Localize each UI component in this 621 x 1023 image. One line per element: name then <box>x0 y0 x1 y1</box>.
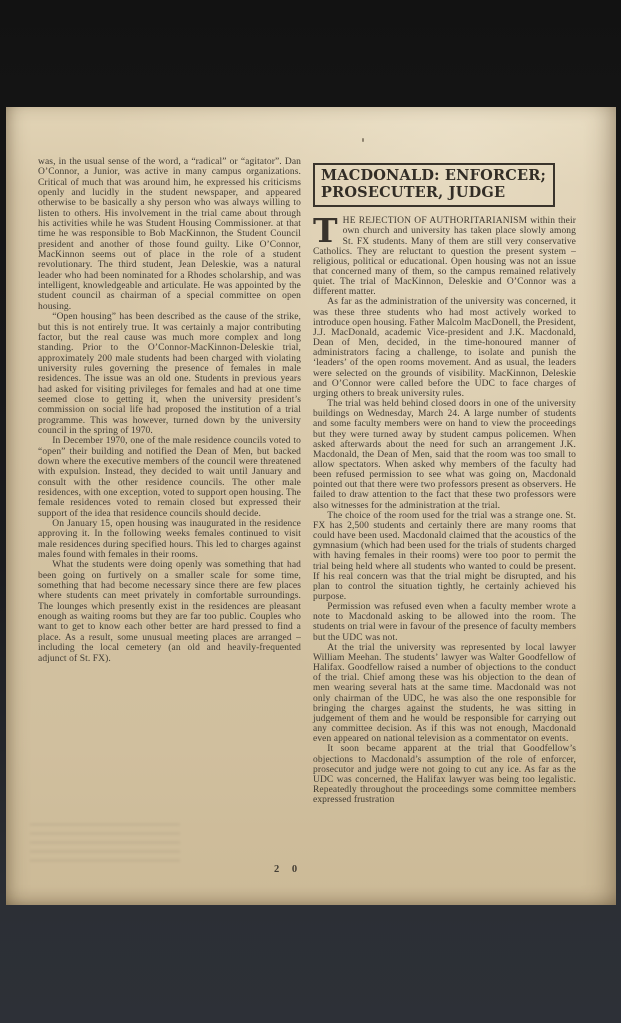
paper-scan: was, in the usual sense of the word, a “… <box>6 107 616 905</box>
body-paragraph: On January 15, open housing was inaugura… <box>38 519 301 560</box>
body-paragraph: “Open housing” has been described as the… <box>38 312 301 436</box>
body-paragraph: What the students were doing openly was … <box>38 560 301 663</box>
dust-speck <box>362 138 364 142</box>
body-paragraph: At the trial the university was represen… <box>313 643 576 745</box>
headline-box: MACDONALD: ENFORCER; PROSECUTER, JUDGE <box>313 163 555 207</box>
headline-line-2: PROSECUTER, JUDGE <box>321 184 547 201</box>
body-paragraph: The trial was held behind closed doors i… <box>313 399 576 511</box>
left-column: was, in the usual sense of the word, a “… <box>38 157 301 664</box>
show-through-smudge <box>30 823 180 867</box>
lead-caps-text: HE REJECTION OF AUTHORITARIANISM <box>343 216 528 226</box>
body-paragraph: The choice of the room used for the tria… <box>313 511 576 602</box>
body-paragraph: Permission was refused even when a facul… <box>313 602 576 643</box>
drop-cap: T <box>313 216 343 243</box>
body-paragraph: was, in the usual sense of the word, a “… <box>38 157 301 312</box>
lead-paragraph: THE REJECTION OF AUTHORITARIANISM within… <box>313 216 576 297</box>
body-paragraph: It soon became apparent at the trial tha… <box>313 744 576 805</box>
headline-line-1: MACDONALD: ENFORCER; <box>321 167 547 184</box>
body-paragraph: In December 1970, one of the male reside… <box>38 436 301 519</box>
body-paragraph: As far as the administration of the univ… <box>313 297 576 399</box>
lead-paragraph-text: within their own church and university h… <box>313 216 576 297</box>
article-column: MACDONALD: ENFORCER; PROSECUTER, JUDGE T… <box>313 163 576 805</box>
page-number: 2 0 <box>274 864 302 875</box>
scanned-magazine-page: { "colors": { "paper": "#d4c3a3", "ink":… <box>0 0 621 1023</box>
